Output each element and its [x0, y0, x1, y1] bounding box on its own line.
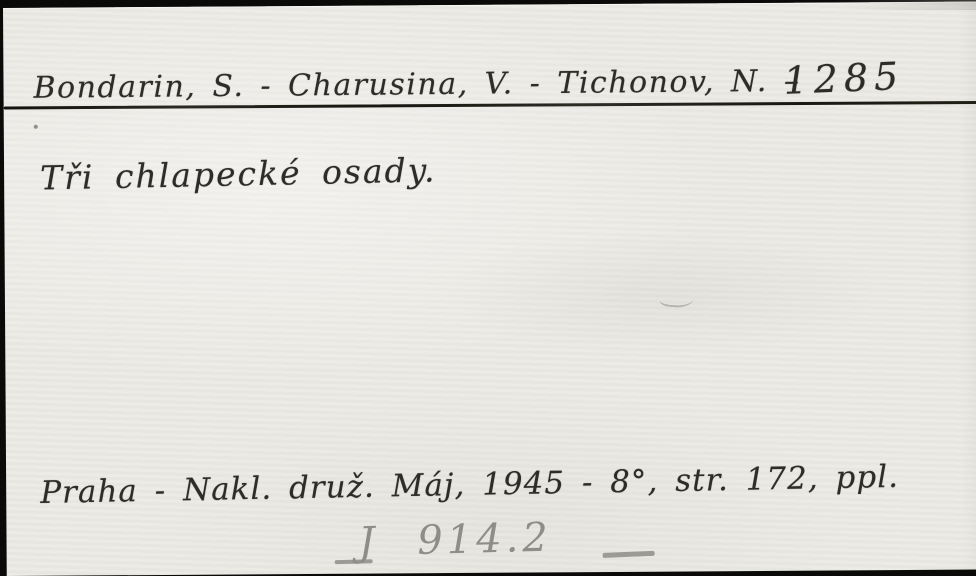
- ink-speck: [34, 125, 38, 129]
- call-number: J 914.2: [358, 515, 552, 566]
- paper-smudge: [659, 288, 695, 309]
- imprint: Praha - Nakl. druž. Máj, 1945 - 8°, str.…: [40, 459, 899, 511]
- pencil-underline-right: [603, 551, 655, 558]
- entry-number: 1285: [783, 54, 905, 103]
- scanner-background: Bondarin, S. - Charusina, V. - Tichonov,…: [0, 0, 976, 576]
- author-heading: Bondarin, S. - Charusina, V. - Tichonov,…: [33, 64, 800, 106]
- title: Tři chlapecké osady.: [40, 150, 437, 197]
- catalog-card: Bondarin, S. - Charusina, V. - Tichonov,…: [3, 1, 976, 576]
